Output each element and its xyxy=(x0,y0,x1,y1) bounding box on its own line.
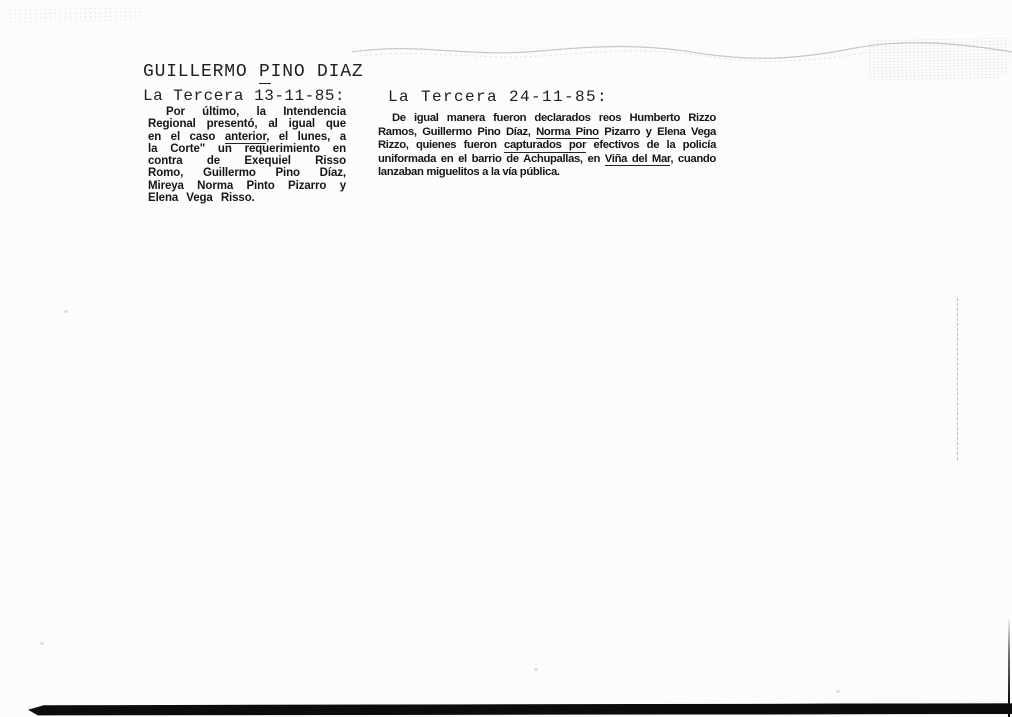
scan-edge-line xyxy=(1008,620,1010,717)
clipping-text-line: en el caso anterior, el lunes, a xyxy=(148,131,346,143)
clipping-text-line: Rizzo, quienes fueron capturados por efe… xyxy=(378,139,716,153)
clipping-text-line: Regional presentó, al igual que xyxy=(148,118,346,130)
clipping-text-line: contra de Exequiel Risso xyxy=(148,155,346,167)
scan-speck xyxy=(534,668,538,671)
clipping-text-line: lanzaban miguelitos a la vía pública. xyxy=(378,166,716,180)
typed-name-heading: GUILLERMO PINO DIAZ xyxy=(143,62,363,82)
clipping-text-line: Por último, la Intendencia xyxy=(148,106,346,118)
typed-source-left: La Tercera 13-11-85: xyxy=(143,87,345,105)
clipping-text-line: uniformada en el barrio de Achupallas, e… xyxy=(378,153,716,167)
clipping-text-line: De igual manera fueron declarados reos H… xyxy=(378,112,716,126)
typed-name-post: INO DIAZ xyxy=(271,62,364,82)
typed-name-underlined-letter: P xyxy=(259,62,271,84)
clipping-text-line: Romo, Guillermo Pino Díaz, xyxy=(148,167,346,179)
scan-noise-topleft xyxy=(8,6,143,22)
typed-source-right: La Tercera 24-11-85: xyxy=(388,88,608,106)
typed-name-pre: GUILLERMO xyxy=(143,62,259,82)
clipping-text-line: Ramos, Guillermo Pino Díaz, Norma Pino P… xyxy=(378,126,716,140)
clipping-text-line: la Corte" un requerimiento en xyxy=(148,143,346,155)
scan-speckle-patch xyxy=(868,37,1011,82)
newspaper-clipping-left: Por último, la IntendenciaRegional prese… xyxy=(148,106,346,204)
newspaper-clipping-right: De igual manera fueron declarados reos H… xyxy=(378,112,716,180)
scan-speck xyxy=(64,310,68,313)
clipping-text-line: Mireya Norma Pinto Pizarro y xyxy=(148,180,346,192)
fold-line xyxy=(957,298,958,460)
clipping-text-line: Elena Vega Risso. xyxy=(148,192,346,204)
scanned-document-page: GUILLERMO PINO DIAZ La Tercera 13-11-85:… xyxy=(0,0,1012,717)
scan-bottom-bar xyxy=(28,703,1012,716)
scan-speck xyxy=(836,690,840,693)
scan-speck xyxy=(40,642,44,645)
